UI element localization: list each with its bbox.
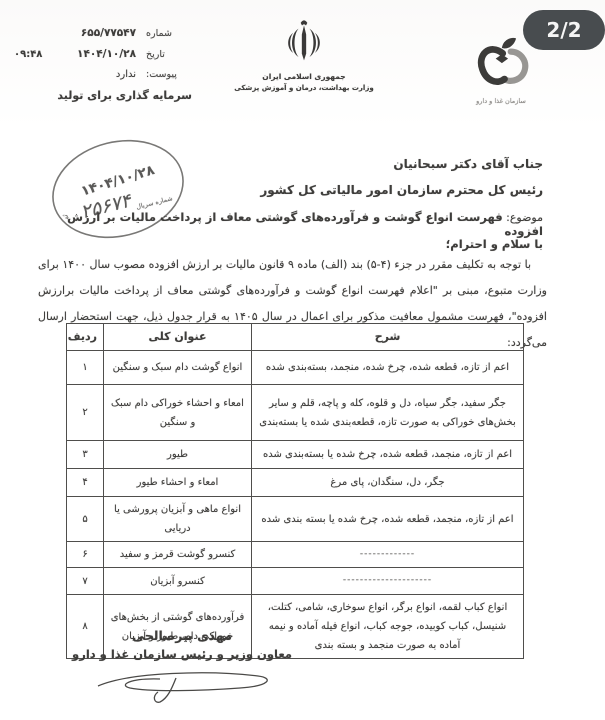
- title-header: عنوان کلی: [104, 324, 252, 351]
- title-cell: انواع گوشت دام سبک و سنگین: [104, 351, 252, 385]
- title-cell: کنسرو گوشت قرمز و سفید: [104, 542, 252, 568]
- desc-cell: ---------------------: [252, 568, 524, 595]
- title-cell: طیور: [104, 441, 252, 469]
- government-emblem-block: جمهوری اسلامی ایران وزارت بهداشت، درمان …: [228, 14, 380, 92]
- signer-name: مهدی پیرصالحی: [56, 628, 308, 643]
- recipient-title: رئیس کل محترم سازمان امور مالیاتی کل کشو…: [260, 183, 543, 197]
- table-header-row: شرح عنوان کلی ردیف: [67, 324, 524, 351]
- desc-cell: جگر، دل، سنگدان، پای مرغ: [252, 469, 524, 497]
- row-index-cell: ۷: [67, 568, 104, 595]
- signature-block: مهدی پیرصالحی معاون وزیر و رئیس سازمان غ…: [56, 628, 308, 661]
- letter-date-row: تاریخ ۱۴۰۴/۱۰/۲۸ ۰۹:۴۸: [14, 48, 192, 60]
- row-index-cell: ۲: [67, 385, 104, 441]
- scanned-letter-photo: شماره ۶۵۵/۷۷۵۴۷ تاریخ ۱۴۰۴/۱۰/۲۸ ۰۹:۴۸ پ…: [0, 0, 605, 720]
- desc-cell: اعم از تازه، منجمد، قطعه شده، چرخ شده یا…: [252, 441, 524, 469]
- desc-cell: جگر سفید، جگر سیاه، دل و قلوه، کله و پاچ…: [252, 385, 524, 441]
- title-cell: کنسرو آبزیان: [104, 568, 252, 595]
- desc-cell: اعم از تازه، قطعه شده، چرخ شده، منجمد، ب…: [252, 351, 524, 385]
- row-index-cell: ۱: [67, 351, 104, 385]
- table-row: اعم از تازه، منجمد، قطعه شده، چرخ شده یا…: [67, 497, 524, 542]
- signer-title: معاون وزیر و رئیس سازمان غذا و دارو: [56, 647, 308, 661]
- emblem-caption-ministry: وزارت بهداشت، درمان و آموزش پزشکی: [228, 84, 380, 92]
- table-row: --------------------- کنسرو آبزیان ۷: [67, 568, 524, 595]
- number-label: شماره: [146, 28, 192, 39]
- table-row: جگر، دل، سنگدان، پای مرغ امعاء و احشاء ط…: [67, 469, 524, 497]
- stamp-serial-label: شماره سریال: [135, 194, 173, 211]
- salutation: با سلام و احترام؛: [446, 237, 543, 251]
- table-row: جگر سفید، جگر سیاه، دل و قلوه، کله و پاچ…: [67, 385, 524, 441]
- table-row: اعم از تازه، قطعه شده، چرخ شده، منجمد، ب…: [67, 351, 524, 385]
- iran-emblem-icon: [228, 14, 380, 70]
- row-index-cell: ۳: [67, 441, 104, 469]
- row-header: ردیف: [67, 324, 104, 351]
- attachment-row: پیوست: ندارد: [14, 69, 192, 80]
- emblem-caption-country: جمهوری اسلامی ایران: [228, 72, 380, 81]
- exemption-table: شرح عنوان کلی ردیف اعم از تازه، قطعه شده…: [66, 323, 524, 659]
- table-row: ------------- کنسرو گوشت قرمز و سفید ۶: [67, 542, 524, 568]
- handwritten-signature-icon: [90, 664, 280, 708]
- table-row: اعم از تازه، منجمد، قطعه شده، چرخ شده یا…: [67, 441, 524, 469]
- desc-cell: -------------: [252, 542, 524, 568]
- fda-logo-caption: سازمان غذا و دارو: [442, 97, 560, 105]
- row-index-cell: ۵: [67, 497, 104, 542]
- attachment-value: ندارد: [116, 69, 136, 80]
- row-index-cell: ۶: [67, 542, 104, 568]
- page-indicator-badge: 2/2: [523, 10, 605, 50]
- subject-text: فهرست انواع گوشت و فرآورده‌های گوشتی معا…: [67, 210, 543, 238]
- subject-line: موضوع: فهرست انواع گوشت و فرآورده‌های گو…: [40, 210, 543, 238]
- header-fields: شماره ۶۵۵/۷۷۵۴۷ تاریخ ۱۴۰۴/۱۰/۲۸ ۰۹:۴۸ پ…: [14, 27, 192, 102]
- desc-cell: اعم از تازه، منجمد، قطعه شده، چرخ شده یا…: [252, 497, 524, 542]
- subject-label: موضوع:: [506, 211, 543, 224]
- title-cell: انواع ماهی و آبزیان پرورشی یا دریایی: [104, 497, 252, 542]
- desc-header: شرح: [252, 324, 524, 351]
- letter-number-row: شماره ۶۵۵/۷۷۵۴۷: [14, 27, 192, 39]
- registration-stamp: ثبت دبیرخانه مرکزی سازمان امور مالیاتی ک…: [35, 117, 202, 261]
- date-value: ۱۴۰۴/۱۰/۲۸: [77, 48, 136, 60]
- title-cell: امعاء و احشاء طیور: [104, 469, 252, 497]
- number-value: ۶۵۵/۷۷۵۴۷: [81, 27, 136, 39]
- recipient-name: جناب آقای دکتر سبحانیان: [393, 157, 543, 171]
- attachment-label: پیوست:: [146, 69, 192, 80]
- row-index-cell: ۴: [67, 469, 104, 497]
- date-label: تاریخ: [146, 49, 192, 60]
- year-slogan: سرمایه گذاری برای تولید: [14, 89, 192, 102]
- letter-paper: شماره ۶۵۵/۷۷۵۴۷ تاریخ ۱۴۰۴/۱۰/۲۸ ۰۹:۴۸ پ…: [0, 0, 605, 720]
- title-cell: امعاء و احشاء خوراکی دام سبک و سنگین: [104, 385, 252, 441]
- time-value: ۰۹:۴۸: [14, 49, 42, 60]
